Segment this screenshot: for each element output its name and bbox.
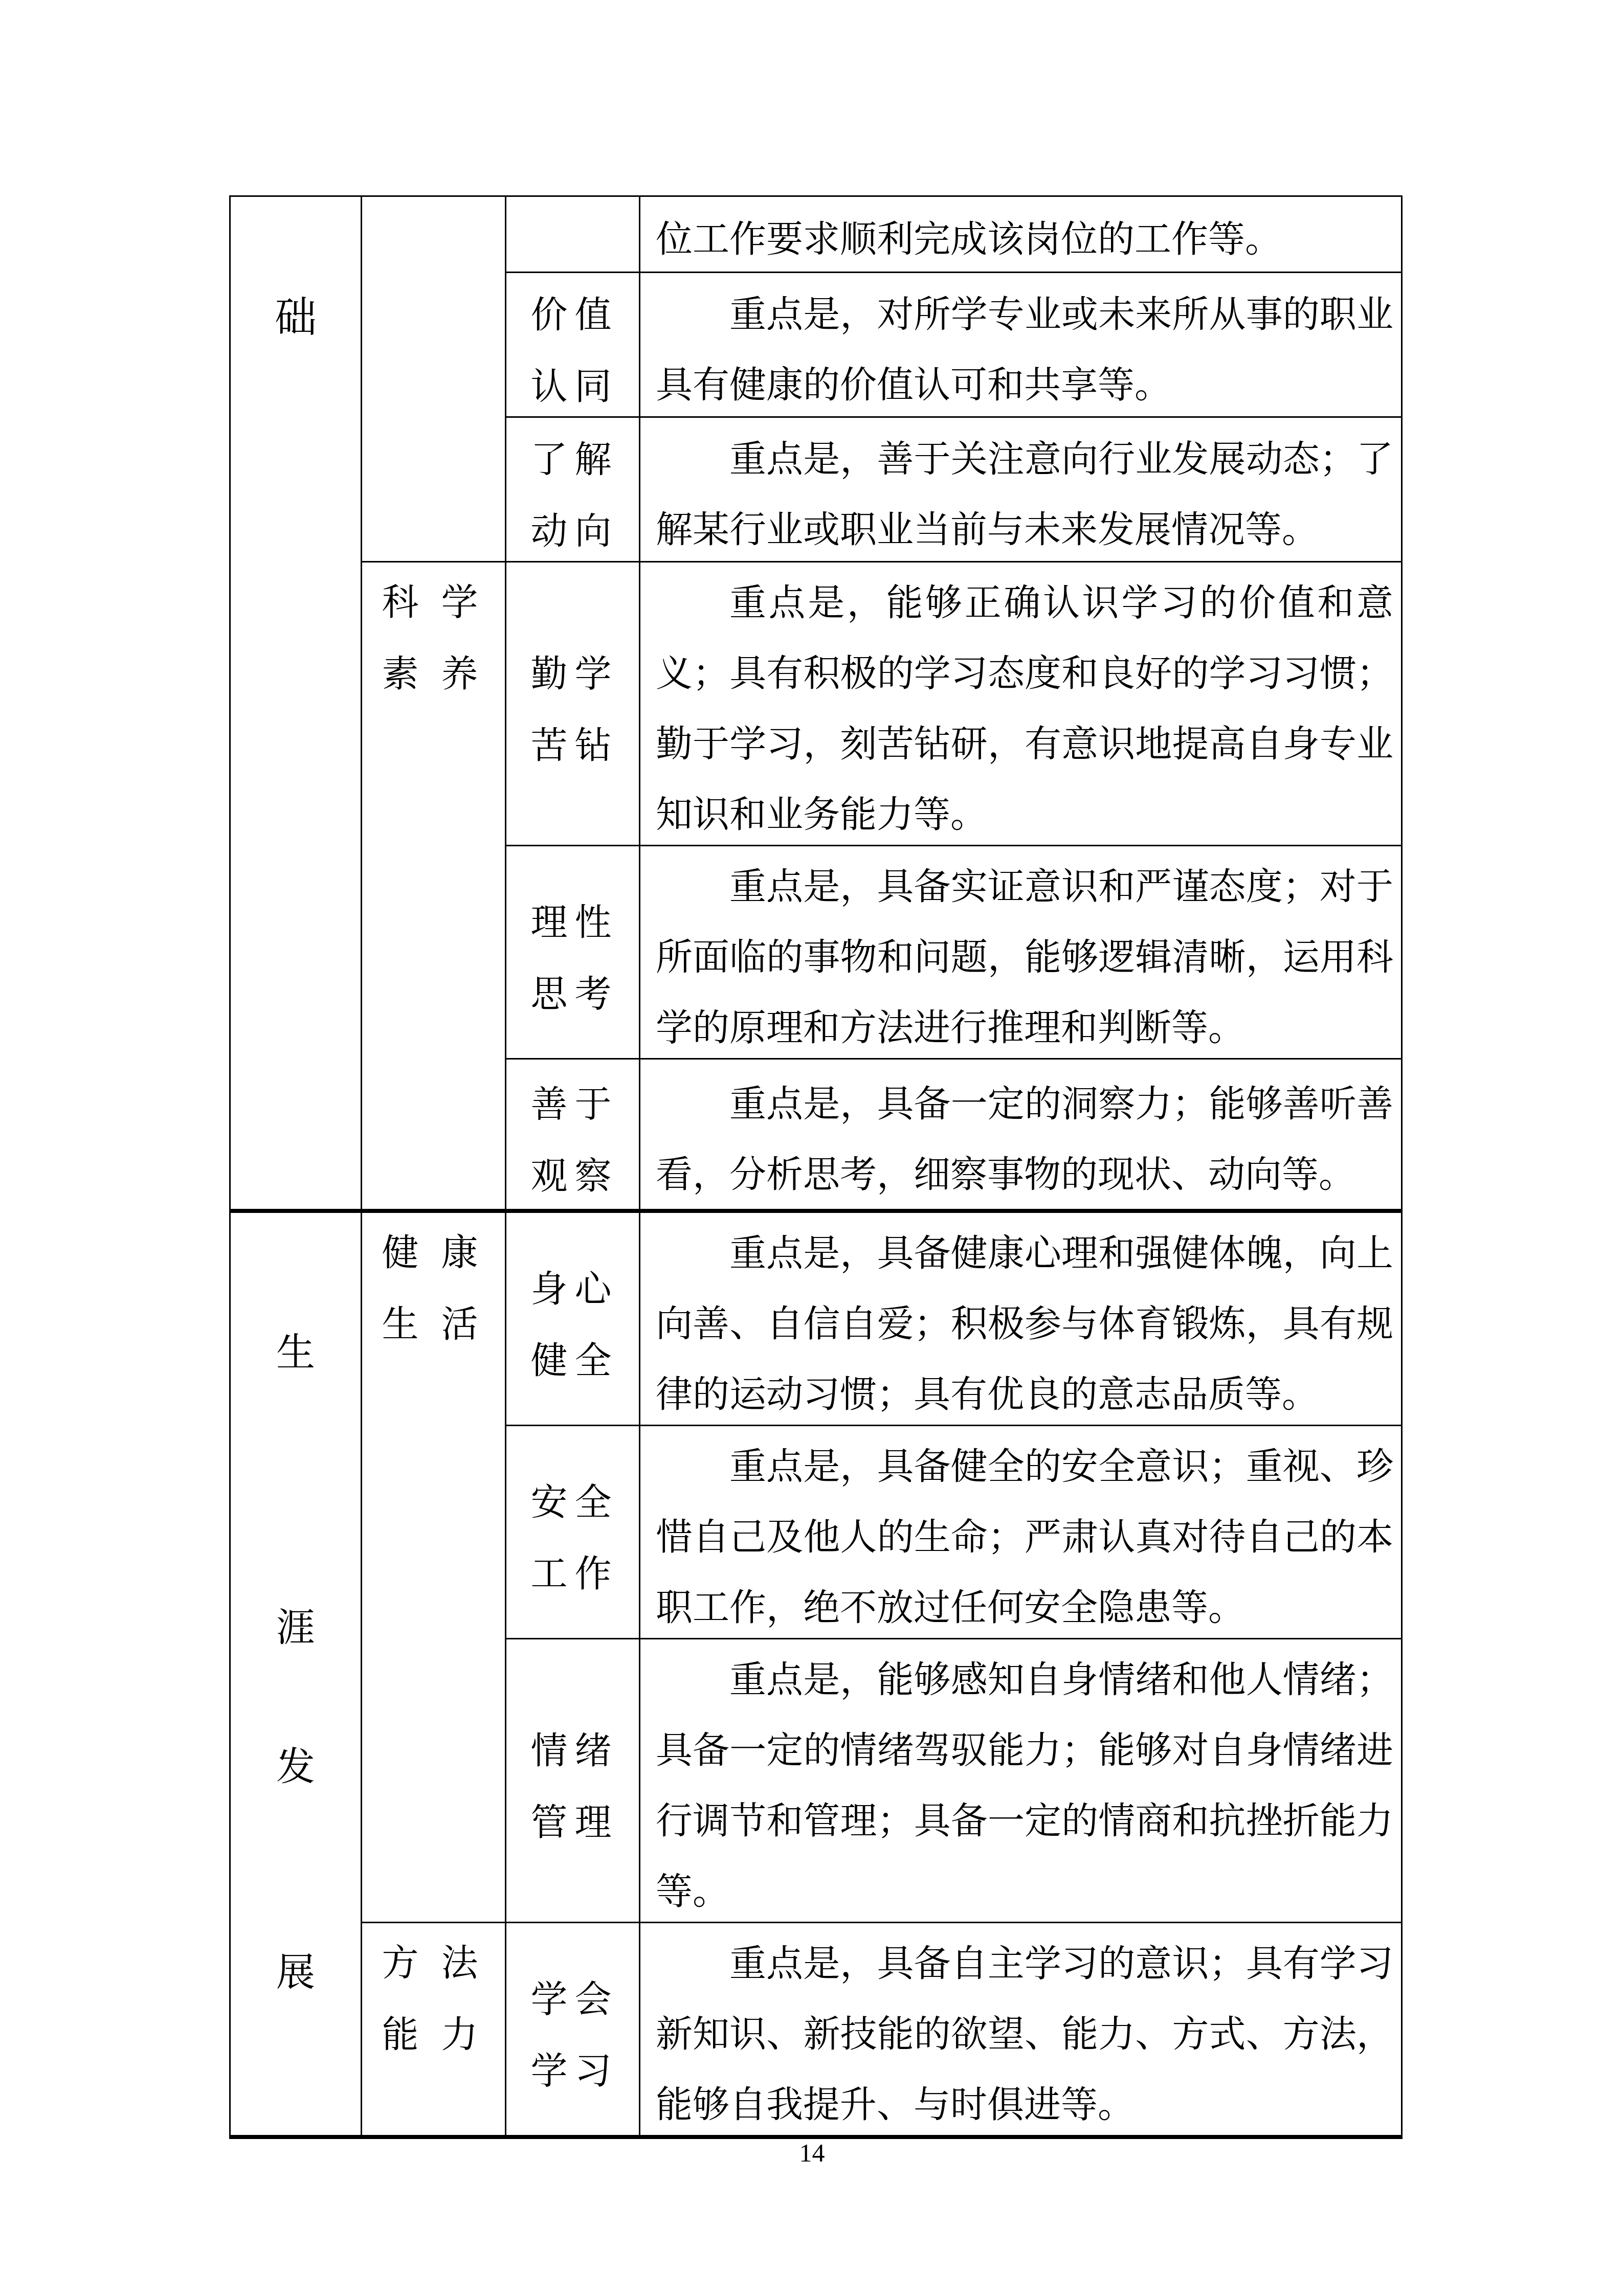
item-label: 价值 认同 <box>506 279 639 422</box>
cell-category-career: 生 涯 发 展 <box>230 1211 362 2137</box>
item-label: 情绪 管理 <box>506 1715 639 1858</box>
description-text: 重点是，能够正确认识学习的价值和意义；具有积极的学习态度和良好的学习习惯；勤于学… <box>640 568 1401 850</box>
category-char: 生 <box>276 1334 315 1372</box>
category-char: 发 <box>276 1748 315 1787</box>
category-top-char: 础 <box>275 297 317 339</box>
cell-category-top: 础 <box>230 196 362 1211</box>
cell-description: 重点是，具备自主学习的意识；具有学习新知识、新技能的欲望、能力、方式、方法，能够… <box>640 1923 1402 2137</box>
subcategory-label: 科学 素养 <box>362 562 505 710</box>
cell-subcategory-health: 健康 生活 <box>362 1211 506 1923</box>
cell-item: 勤学 苦钻 <box>506 562 640 846</box>
subcategory-label: 健康 生活 <box>362 1213 505 1360</box>
cell-subcategory-science: 科学 素养 <box>362 562 506 1211</box>
page-number: 14 <box>0 2137 1624 2168</box>
category-char: 涯 <box>276 1609 315 1648</box>
description-text: 重点是，善于关注意向行业发展动态；了解某行业或职业当前与未来发展情况等。 <box>640 424 1401 565</box>
cell-item: 价值 认同 <box>506 273 640 417</box>
cell-item: 安全 工作 <box>506 1426 640 1639</box>
description-text: 重点是，具备健全的安全意识；重视、珍惜自己及他人的生命；严肃认真对待自己的本职工… <box>640 1431 1401 1643</box>
cell-description: 位工作要求顺利完成该岗位的工作等。 <box>640 196 1402 273</box>
competency-table: 础 位工作要求顺利完成该岗位的工作等。 价值 认同 重点是，对所学专业或未来所从… <box>229 195 1403 2139</box>
cell-item: 了解 动向 <box>506 417 640 562</box>
item-label: 学会 学习 <box>506 1964 639 2107</box>
cell-subcategory-empty <box>362 196 506 562</box>
subcategory-label: 方法 能力 <box>362 1923 505 2070</box>
description-text: 重点是，具备一定的洞察力；能够善听善看，分析思考，细察事物的现状、动向等。 <box>640 1069 1401 1210</box>
cell-item: 学会 学习 <box>506 1923 640 2137</box>
cell-description: 重点是，具备健康心理和强健体魄，向上向善、自信自爱；积极参与体育锻炼，具有规律的… <box>640 1211 1402 1426</box>
cell-description: 重点是，善于关注意向行业发展动态；了解某行业或职业当前与未来发展情况等。 <box>640 417 1402 562</box>
cell-item-empty <box>506 196 640 273</box>
category-char: 展 <box>276 1953 315 1992</box>
cell-description: 重点是，具备一定的洞察力；能够善听善看，分析思考，细察事物的现状、动向等。 <box>640 1059 1402 1211</box>
cell-item: 身心 健全 <box>506 1211 640 1426</box>
cell-subcategory-method: 方法 能力 <box>362 1923 506 2137</box>
cell-description: 重点是，具备实证意识和严谨态度；对于所面临的事物和问题，能够逻辑清晰，运用科学的… <box>640 846 1402 1059</box>
item-label: 勤学 苦钻 <box>506 638 639 781</box>
item-label: 理性 思考 <box>506 887 639 1030</box>
cell-item: 理性 思考 <box>506 846 640 1059</box>
item-label: 了解 动向 <box>506 424 639 567</box>
description-text: 位工作要求顺利完成该岗位的工作等。 <box>640 204 1401 275</box>
cell-description: 重点是，具备健全的安全意识；重视、珍惜自己及他人的生命；严肃认真对待自己的本职工… <box>640 1426 1402 1639</box>
cell-description: 重点是，能够正确认识学习的价值和意义；具有积极的学习态度和良好的学习习惯；勤于学… <box>640 562 1402 846</box>
description-text: 重点是，对所学专业或未来所从事的职业具有健康的价值认可和共享等。 <box>640 279 1401 420</box>
cell-item: 善于 观察 <box>506 1059 640 1211</box>
description-text: 重点是，能够感知自身情绪和他人情绪；具备一定的情绪驾驭能力；能够对自身情绪进行调… <box>640 1645 1401 1927</box>
item-label: 安全 工作 <box>506 1467 639 1610</box>
cell-item: 情绪 管理 <box>506 1639 640 1923</box>
description-text: 重点是，具备健康心理和强健体魄，向上向善、自信自爱；积极参与体育锻炼，具有规律的… <box>640 1218 1401 1430</box>
item-label: 善于 观察 <box>506 1069 639 1212</box>
cell-description: 重点是，能够感知自身情绪和他人情绪；具备一定的情绪驾驭能力；能够对自身情绪进行调… <box>640 1639 1402 1923</box>
description-text: 重点是，具备自主学习的意识；具有学习新知识、新技能的欲望、能力、方式、方法，能够… <box>640 1928 1401 2140</box>
item-label: 身心 健全 <box>506 1253 639 1397</box>
cell-description: 重点是，对所学专业或未来所从事的职业具有健康的价值认可和共享等。 <box>640 273 1402 417</box>
description-text: 重点是，具备实证意识和严谨态度；对于所面临的事物和问题，能够逻辑清晰，运用科学的… <box>640 851 1401 1063</box>
